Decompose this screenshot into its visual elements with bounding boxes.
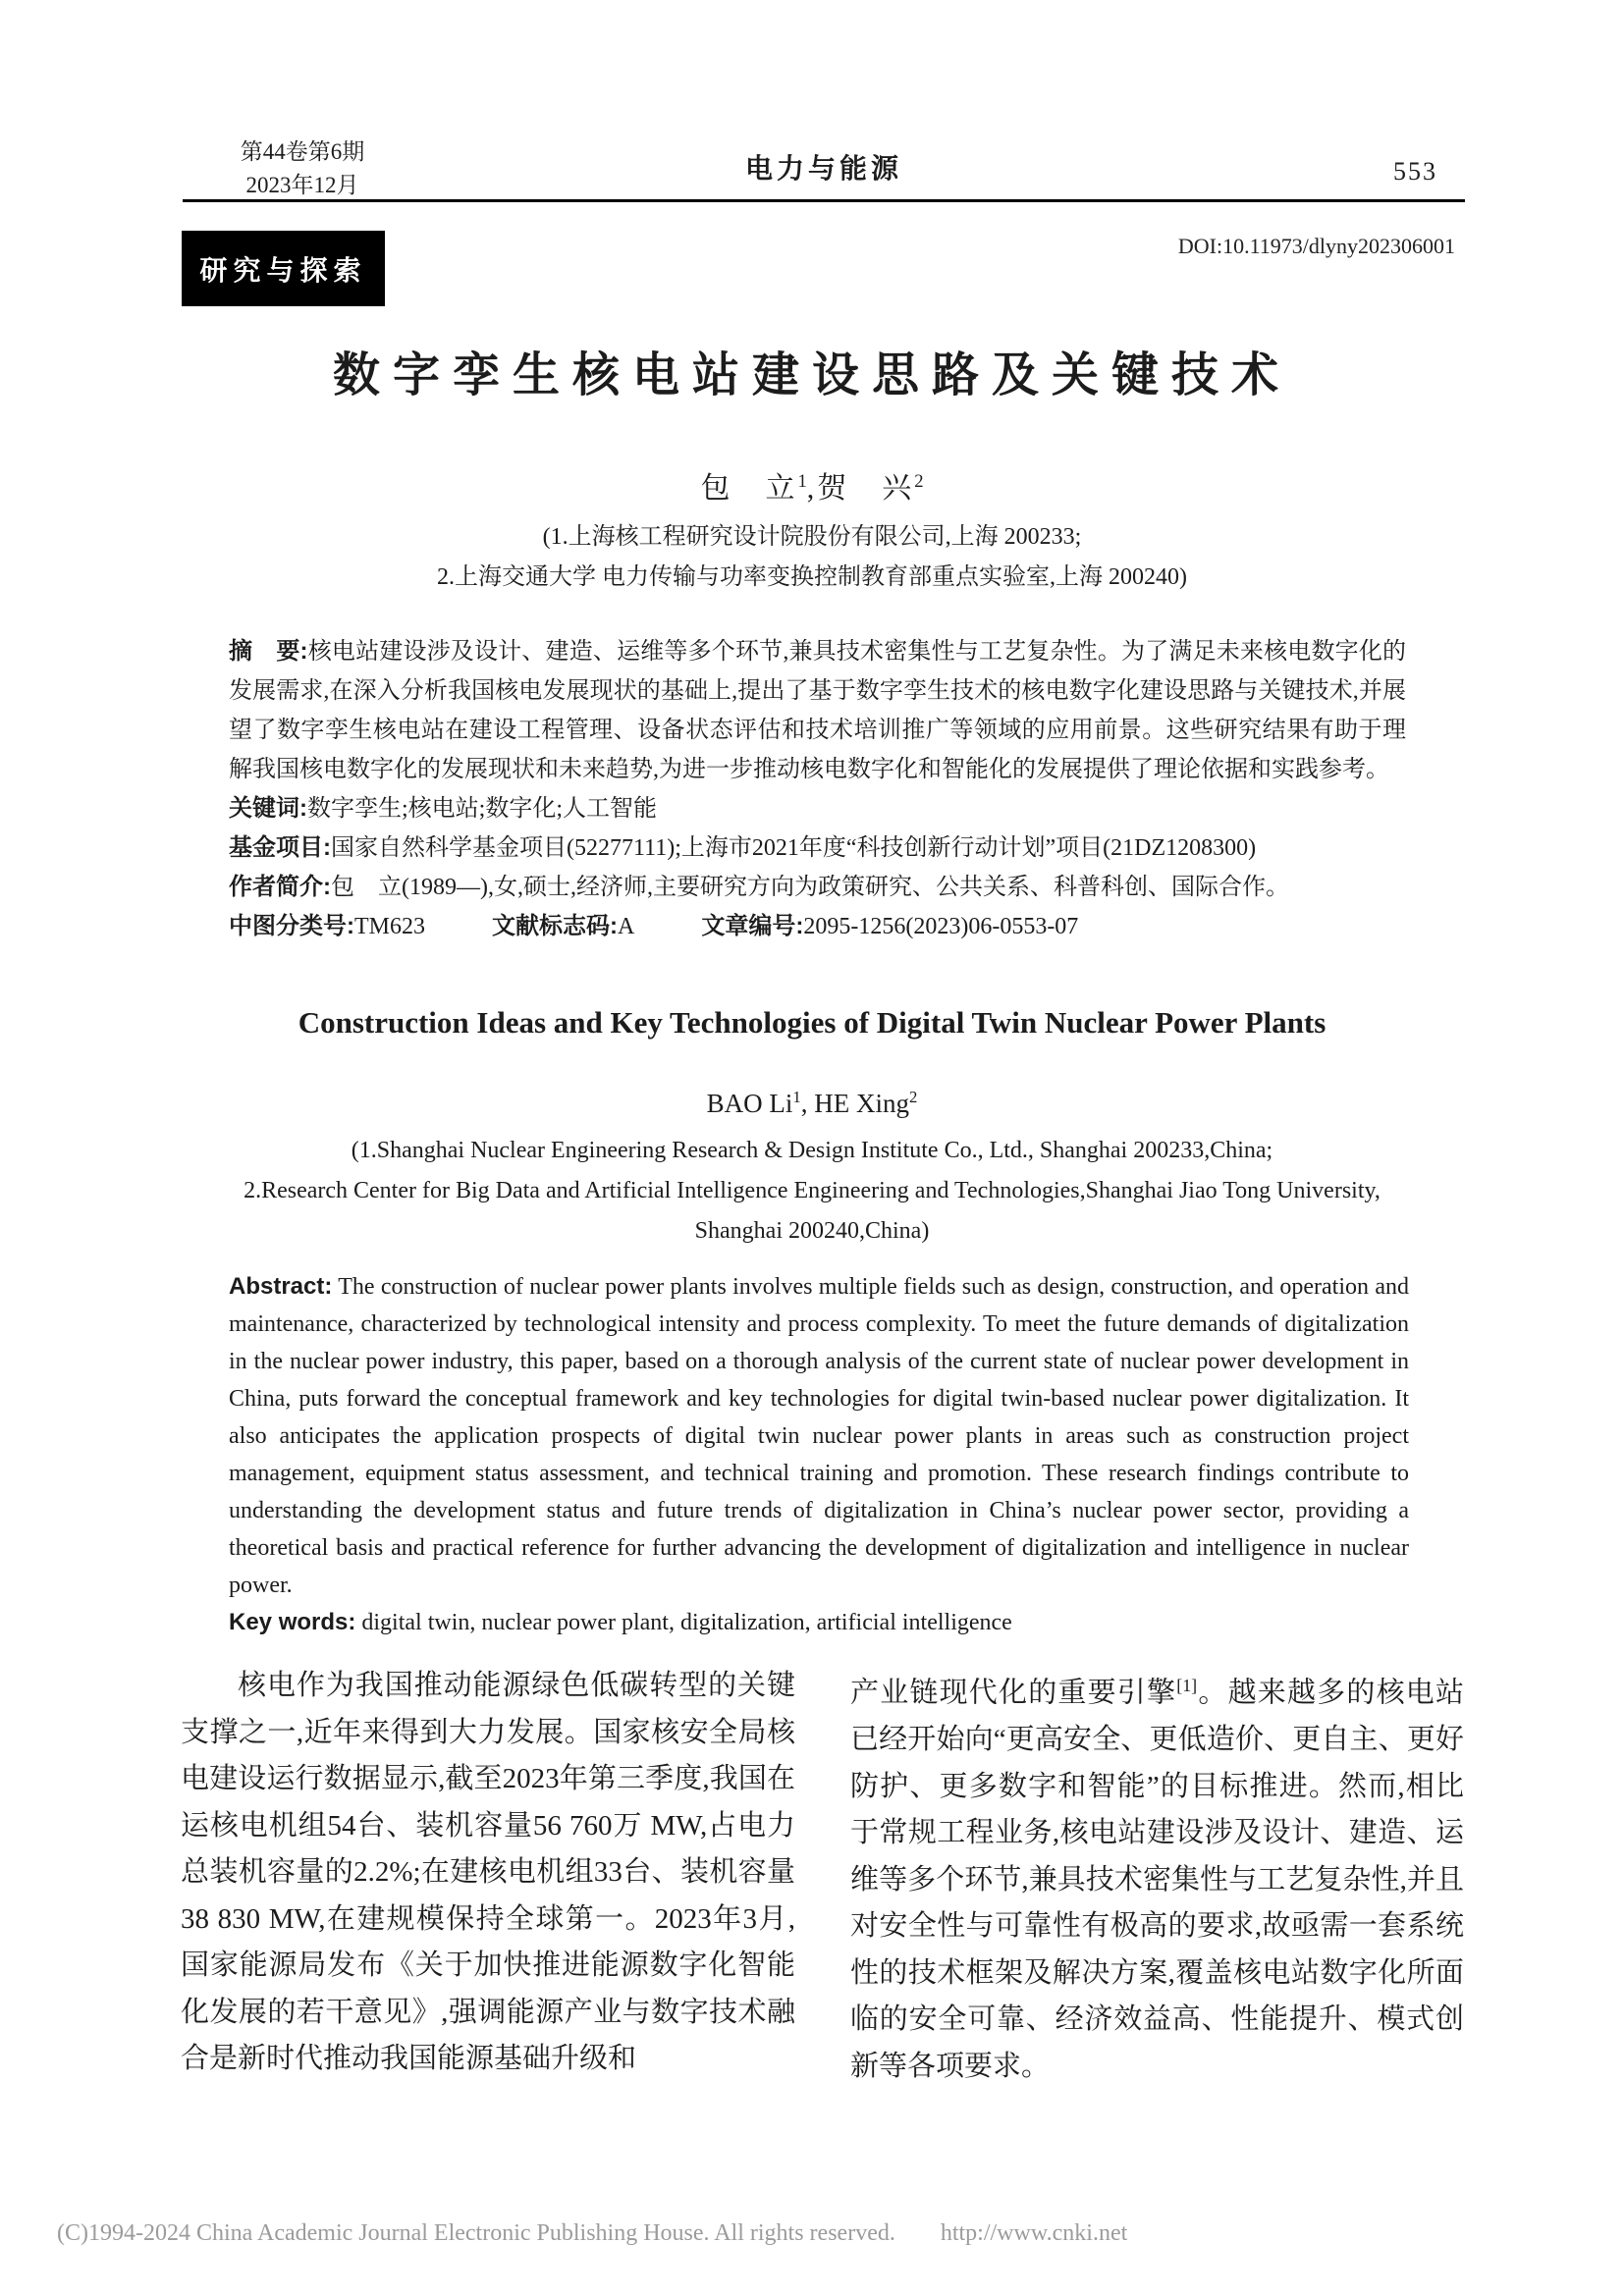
classification-line: 中图分类号:TM623 文献标志码:A 文章编号:2095-1256(2023)… [229,907,1406,946]
body-paragraph-right: 产业链现代化的重要引擎[1]。越来越多的核电站已经开始向“更高安全、更低造价、更… [850,1663,1464,2090]
author-1-name: 包 立 [700,472,797,505]
author-separator-en: , [801,1089,815,1118]
keywords-en-label: Key words: [229,1609,355,1635]
bio-label: 作者简介: [229,874,331,900]
abstract-en: Abstract: The construction of nuclear po… [229,1268,1409,1604]
column-label: 研究与探索 [182,231,385,306]
abstract-en-text: The construction of nuclear power plants… [229,1274,1409,1598]
doc-code-group: 文献标志码:A [492,914,634,939]
author-2-name: 贺 兴 [817,472,914,505]
clc-group: 中图分类号:TM623 [229,914,425,939]
clc-value: TM623 [354,914,425,939]
abstract-text: 核电站建设涉及设计、建造、运维等多个环节,兼具技术密集性与工艺复杂性。为了满足未… [229,639,1406,782]
doi: DOI:10.11973/dlyny202306001 [1178,234,1455,259]
authors-zh: 包 立1,贺 兴2 [0,463,1624,507]
meta-block-zh: 摘 要:核电站建设涉及设计、建造、运维等多个环节,兼具技术密集性与工艺复杂性。为… [229,632,1406,946]
page-number: 553 [1393,157,1437,187]
journal-page: 第44卷第6期 2023年12月 电力与能源 553 研究与探索 DOI:10.… [0,0,1624,2296]
author-bio: 作者简介:包 立(1989—),女,硕士,经济师,主要研究方向为政策研究、公共关… [229,868,1406,907]
fund-project: 基金项目:国家自然科学基金项目(52277111);上海市2021年度“科技创新… [229,828,1406,868]
keywords-zh: 关键词:数字孪生;核电站;数字化;人工智能 [229,789,1406,828]
article-title-zh: 数字孪生核电站建设思路及关键技术 [0,346,1624,406]
affiliations-zh: (1.上海核工程研究设计院股份有限公司,上海 200233; 2.上海交通大学 … [0,517,1624,598]
cnki-footer: (C)1994-2024 China Academic Journal Elec… [57,2220,1530,2247]
affiliations-en: (1.Shanghai Nuclear Engineering Research… [0,1131,1624,1252]
article-title-en: Construction Ideas and Key Technologies … [0,1005,1624,1041]
author-2-affil-sup: 2 [914,471,923,492]
abstract-label: 摘 要: [229,638,308,665]
keywords-en-text: digital twin, nuclear power plant, digit… [355,1610,1011,1635]
affiliation-en-3: Shanghai 200240,China) [0,1211,1624,1252]
article-id-label: 文章编号: [701,913,803,939]
affiliation-en-1: (1.Shanghai Nuclear Engineering Research… [0,1131,1624,1171]
journal-name: 电力与能源 [183,147,1465,187]
affiliation-zh-1: (1.上海核工程研究设计院股份有限公司,上海 200233; [0,517,1624,558]
abstract-en-block: Abstract: The construction of nuclear po… [229,1268,1409,1641]
footer-url: http://www.cnki.net [941,2220,1127,2246]
doc-code-value: A [618,914,634,939]
abstract-en-label: Abstract: [229,1273,332,1300]
article-id-value: 2095-1256(2023)06-0553-07 [803,914,1078,939]
author-1-affil-sup: 1 [797,471,806,492]
keywords-text: 数字孪生;核电站;数字化;人工智能 [307,796,657,822]
affiliation-zh-2: 2.上海交通大学 电力传输与功率变换控制教育部重点实验室,上海 200240) [0,558,1624,598]
keywords-label: 关键词: [229,795,307,822]
body-right-text-1: 产业链现代化的重要引擎 [850,1678,1176,1709]
author-1-affil-sup-en: 1 [792,1088,800,1106]
body-column-left: 核电作为我国推动能源绿色低碳转型的关键支撑之一,近年来得到大力发展。国家核安全局… [181,1663,795,2083]
article-id-group: 文章编号:2095-1256(2023)06-0553-07 [701,914,1078,939]
body-paragraph-left: 核电作为我国推动能源绿色低碳转型的关键支撑之一,近年来得到大力发展。国家核安全局… [181,1663,795,2083]
body-column-right: 产业链现代化的重要引擎[1]。越来越多的核电站已经开始向“更高安全、更低造价、更… [850,1663,1464,2090]
authors-en: BAO Li1, HE Xing2 [0,1088,1624,1119]
fund-text: 国家自然科学基金项目(52277111);上海市2021年度“科技创新行动计划”… [331,835,1256,861]
column-label-text: 研究与探索 [199,249,366,289]
bio-text: 包 立(1989—),女,硕士,经济师,主要研究方向为政策研究、公共关系、科普科… [331,875,1289,900]
author-2-affil-sup-en: 2 [909,1088,917,1106]
body-right-text-2: 。越来越多的核电站已经开始向“更高安全、更低造价、更自主、更好防护、更多数字和智… [850,1678,1464,2082]
author-1-name-en: BAO Li [707,1089,793,1118]
keywords-en: Key words: digital twin, nuclear power p… [229,1604,1409,1641]
author-2-name-en: HE Xing [814,1089,909,1118]
footer-copyright: (C)1994-2024 China Academic Journal Elec… [57,2220,895,2246]
clc-label: 中图分类号: [229,913,354,939]
fund-label: 基金项目: [229,834,331,861]
affiliation-en-2: 2.Research Center for Big Data and Artif… [0,1171,1624,1211]
author-separator: , [807,472,818,505]
abstract-zh: 摘 要:核电站建设涉及设计、建造、运维等多个环节,兼具技术密集性与工艺复杂性。为… [229,632,1406,789]
citation-ref-1: [1] [1176,1676,1197,1695]
header-rule [183,199,1465,202]
doc-code-label: 文献标志码: [492,913,618,939]
